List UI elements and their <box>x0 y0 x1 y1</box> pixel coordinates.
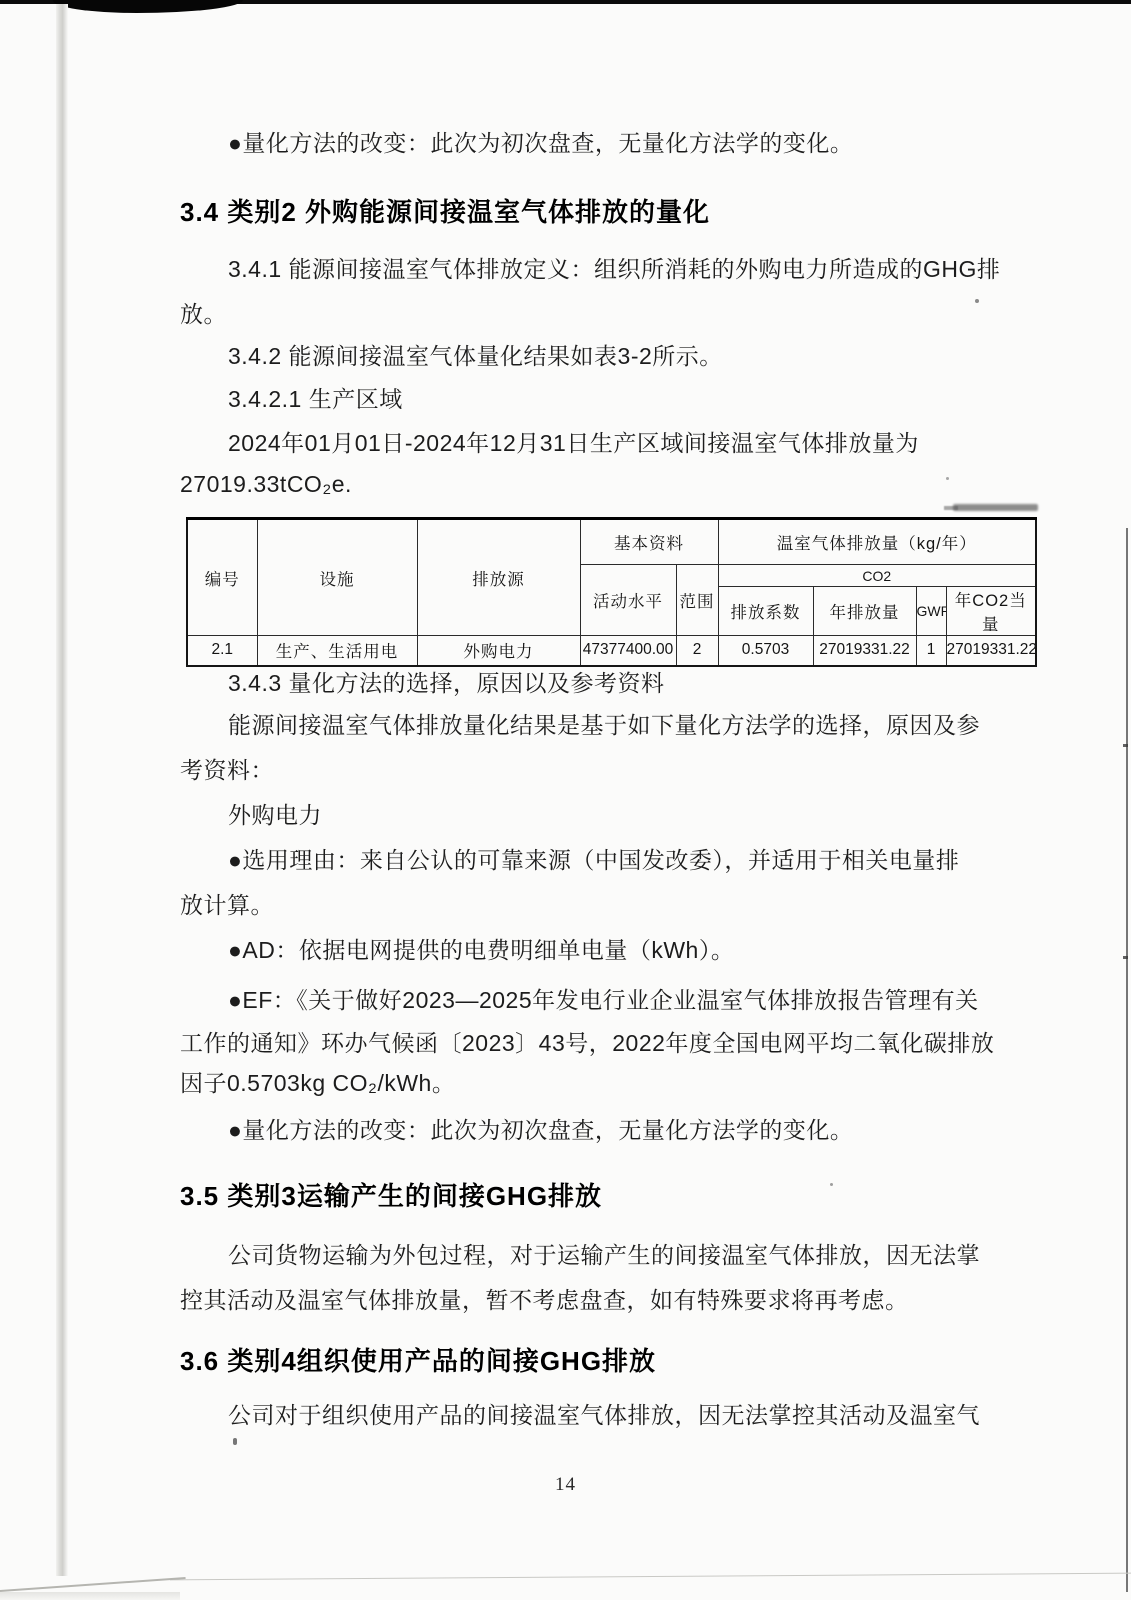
table-row: 2.1 生产、生活用电 外购电力 47377400.00 2 0.5703 27… <box>187 636 1036 666</box>
table-header-emission-factor: 排放系数 <box>718 587 813 636</box>
table-header-gwp: GWP <box>916 587 946 636</box>
paragraph-3-4-2: 3.4.2 能源间接温室气体量化结果如表3-2所示。 <box>228 341 723 371</box>
paragraph-period-line-2: 27019.33tCO₂e. <box>180 469 352 499</box>
paragraph-3-5-line-2: 控其活动及温室气体排放量，暂不考虑盘查，如有特殊要求将再考虑。 <box>180 1285 909 1315</box>
cell-id: 2.1 <box>187 636 257 666</box>
table-header-annual-co2e: 年CO2当量 <box>946 587 1036 636</box>
scan-speck <box>830 1183 833 1186</box>
paragraph-method-line-1: 能源间接温室气体排放量化结果是基于如下量化方法学的选择，原因及参 <box>228 710 980 740</box>
bullet-method-change-top: ●量化方法的改变：此次为初次盘查，无量化方法学的变化。 <box>228 128 853 158</box>
bullet-ef-line-3: 因子0.5703kg CO₂/kWh。 <box>180 1068 455 1098</box>
table-header-basic-info: 基本资料 <box>580 519 718 565</box>
emissions-table-3-2: 编号 设施 排放源 基本资料 温室气体排放量（kg/年） 活动水平 范围 CO2… <box>186 517 1037 667</box>
table-header-source: 排放源 <box>417 519 580 636</box>
table-header-id: 编号 <box>187 519 257 636</box>
bottom-left-shade <box>0 1592 180 1600</box>
bullet-method-change-2: ●量化方法的改变：此次为初次盘查，无量化方法学的变化。 <box>228 1115 853 1145</box>
table-header-co2: CO2 <box>718 565 1036 587</box>
table-header-annual-emission: 年排放量 <box>813 587 916 636</box>
paragraph-3-4-1-line-1: 3.4.1 能源间接温室气体排放定义：组织所消耗的外购电力所造成的GHG排 <box>228 254 1000 284</box>
table-corner-smudge-small <box>944 506 958 510</box>
table-header-ghg-amount: 温室气体排放量（kg/年） <box>718 519 1036 565</box>
table-header-facility: 设施 <box>257 519 417 636</box>
bottom-page-edge-line <box>170 1573 1131 1581</box>
bullet-ad: ●AD：依据电网提供的电费明细单电量（kWh）。 <box>228 935 734 965</box>
paragraph-3-5-line-1: 公司货物运输为外包过程，对于运输产生的间接温室气体排放，因无法掌 <box>228 1240 980 1270</box>
right-edge-tick-mark <box>1123 744 1128 747</box>
scan-speck <box>946 477 949 480</box>
table-header-activity-level: 活动水平 <box>580 565 676 636</box>
bullet-ef-line-1: ●EF：《关于做好2023—2025年发电行业企业温室气体排放报告管理有关 <box>228 985 979 1015</box>
cell-source: 外购电力 <box>417 636 580 666</box>
section-heading-3-5: 3.5 类别3运输产生的间接GHG排放 <box>180 1180 602 1212</box>
paragraph-3-4-1-line-2: 放。 <box>180 299 227 329</box>
left-page-fold-line <box>56 4 68 1576</box>
section-heading-3-6: 3.6 类别4组织使用产品的间接GHG排放 <box>180 1345 656 1377</box>
paragraph-3-4-3: 3.4.3 量化方法的选择，原因以及参考资料 <box>228 668 665 698</box>
paragraph-method-line-2: 考资料： <box>180 755 274 785</box>
paragraph-3-6-line-1: 公司对于组织使用产品的间接温室气体排放，因无法掌控其活动及温室气 <box>228 1400 980 1430</box>
cell-facility: 生产、生活用电 <box>257 636 417 666</box>
bullet-ef-line-2: 工作的通知》环办气候函〔2023〕43号，2022年度全国电网平均二氧化碳排放 <box>180 1028 994 1058</box>
cell-annual-co2e: 27019331.22 <box>946 636 1036 666</box>
cell-activity-level: 47377400.00 <box>580 636 676 666</box>
top-left-ink-blob <box>51 0 243 13</box>
cell-scope: 2 <box>676 636 718 666</box>
bottom-left-edge-line <box>0 1577 186 1592</box>
section-heading-3-4: 3.4 类别2 外购能源间接温室气体排放的量化 <box>180 196 710 228</box>
table-header-scope: 范围 <box>676 565 718 636</box>
cell-gwp: 1 <box>916 636 946 666</box>
right-edge-tick-mark <box>1123 956 1128 959</box>
scan-speck <box>233 1438 237 1445</box>
right-edge-scan-line <box>1126 528 1128 1592</box>
paragraph-period-line-1: 2024年01月01日-2024年12月31日生产区域间接温室气体排放量为 <box>228 428 919 458</box>
scan-speck <box>975 299 979 303</box>
paragraph-purchased-power: 外购电力 <box>228 800 322 830</box>
page-number: 14 <box>0 1474 1131 1496</box>
scanned-document-page: ●量化方法的改变：此次为初次盘查，无量化方法学的变化。 3.4 类别2 外购能源… <box>0 0 1131 1600</box>
bullet-reason-line-1: ●选用理由：来自公认的可靠来源（中国发改委），并适用于相关电量排 <box>228 845 959 875</box>
cell-emission-factor: 0.5703 <box>718 636 813 666</box>
table-corner-smudge <box>953 504 1038 511</box>
cell-annual-emission: 27019331.22 <box>813 636 916 666</box>
bullet-reason-line-2: 放计算。 <box>180 890 274 920</box>
paragraph-3-4-2-1: 3.4.2.1 生产区域 <box>228 384 403 414</box>
